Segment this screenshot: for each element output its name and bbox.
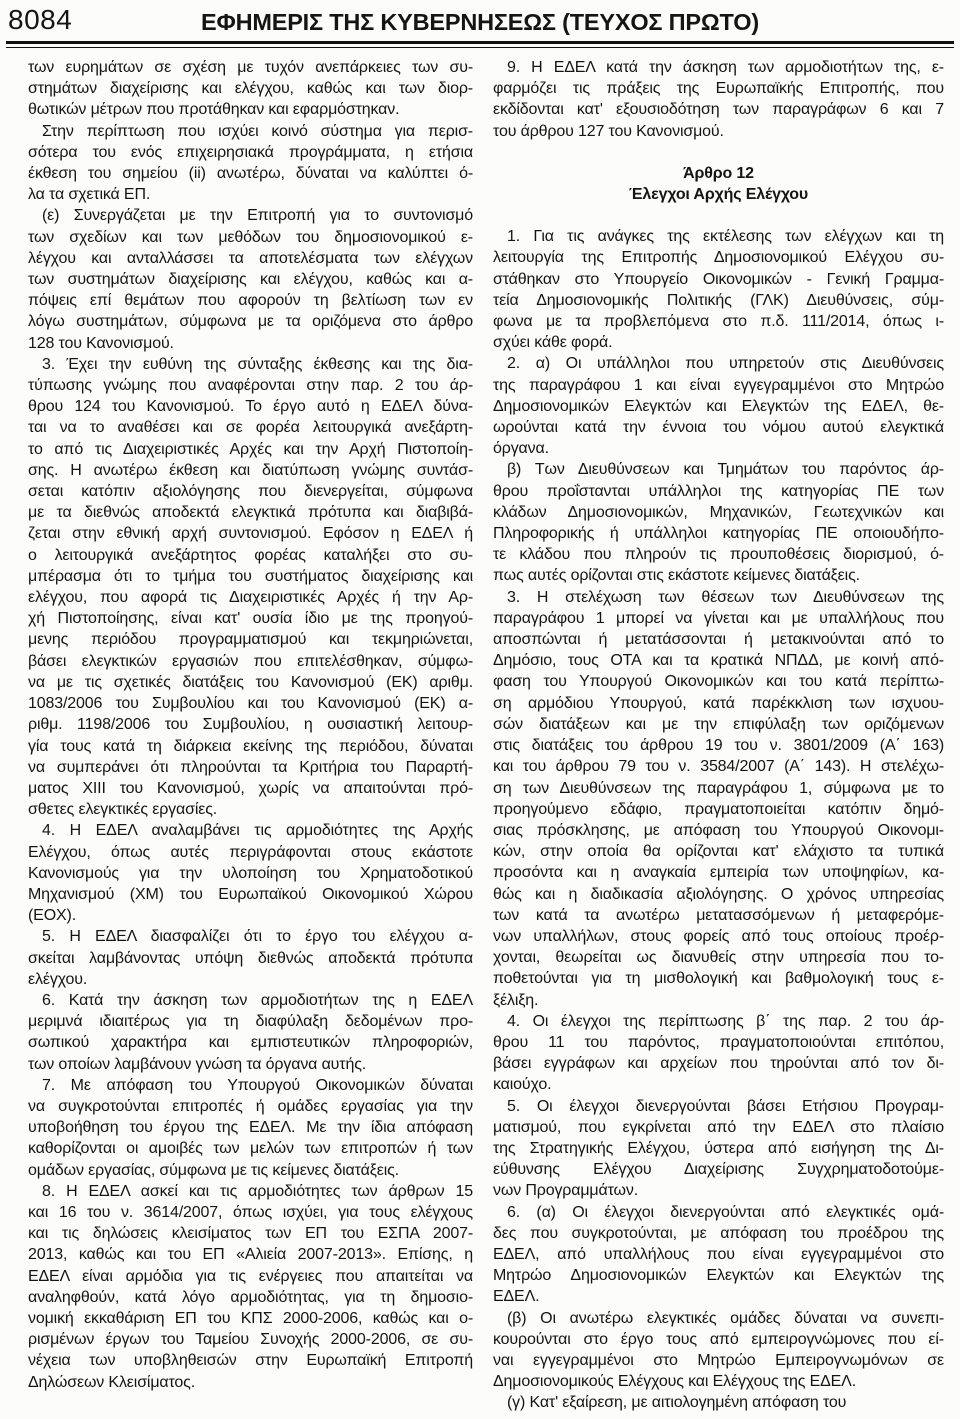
text-line: 4. Η ΕΔΕΛ αναλαμβάνει τις αρμοδιότητες τ… bbox=[28, 820, 473, 841]
text-line: εύθυνσης Ελέγχου Διαχείρισης Συγχρηματοδ… bbox=[493, 1159, 944, 1180]
article-heading-line: Άρθρο 12 bbox=[493, 163, 944, 184]
text-line: πως αυτές ορίζονται στις εκάστοτε κείμεν… bbox=[493, 565, 944, 586]
text-line: στημάτων διαχείρισης και ελέγχου, καθώς … bbox=[28, 78, 473, 99]
text-line: μενης περιόδου προγραμματισμού και τεκμη… bbox=[28, 629, 473, 650]
text-line: ΕΔΕΛ είναι αρμόδια για τις ενέργειες που… bbox=[28, 1266, 473, 1287]
text-line: σχύει κάθε φορά. bbox=[493, 332, 944, 353]
text-line: ξέλιξη. bbox=[493, 990, 944, 1011]
text-line: και 16 του ν. 3614/2007, όπως ισχύει, γι… bbox=[28, 1202, 473, 1223]
text-line: ριθμ. 1198/2006 του Συμβουλίου, η ουσιασ… bbox=[28, 714, 473, 735]
text-line: (γ) Κατ' εξαίρεση, με αιτιολογημένη απόφ… bbox=[493, 1392, 944, 1413]
text-line: σών διατάξεων και με την επιφύλαξη των ο… bbox=[493, 714, 944, 735]
text-line: λειτουργία της Επιτροπής Δημοσιονομικού … bbox=[493, 247, 944, 268]
text-line: σιας πρόσκλησης, με απόφαση του Υπουργού… bbox=[493, 820, 944, 841]
text-line: όργανα. bbox=[493, 438, 944, 459]
text-line: ματος XIII του Κανονισμού, χωρίς να απαι… bbox=[28, 778, 473, 799]
text-line: 7. Με απόφαση του Υπουργού Οικονομικών δ… bbox=[28, 1075, 473, 1096]
text-line: νέχεια των υποβληθεισών στην Ευρωπαϊκή Ε… bbox=[28, 1350, 473, 1371]
text-line: λα τα σχετικά ΕΠ. bbox=[28, 184, 473, 205]
paragraph: 6. Κατά την άσκηση των αρμοδιοτήτων της … bbox=[28, 990, 473, 1075]
text-line: φωνα με τα προβλεπόμενα στο π.δ. 111/201… bbox=[493, 311, 944, 332]
text-line: σθετες ελεγκτικές εργασίες. bbox=[28, 799, 473, 820]
text-line: θωτικών μέτρων που προτάθηκαν και εφαρμό… bbox=[28, 99, 473, 120]
text-line: στάθηκαν στο Υπουργείο Οικονομικών - Γεν… bbox=[493, 269, 944, 290]
text-line: καθορίζονται οι αμοιβές των μελών των επ… bbox=[28, 1138, 473, 1159]
text-line: 2013, καθώς και του ΕΠ «Αλιεία 2007-2013… bbox=[28, 1244, 473, 1265]
text-line: νομική εκκαθάριση ΕΠ του ΚΠΣ 2000-2006, … bbox=[28, 1308, 473, 1329]
text-line: Δημόσιο, τους ΟΤΑ και τα κρατικά ΝΠΔΔ, μ… bbox=[493, 650, 944, 671]
paragraph: 7. Με απόφαση του Υπουργού Οικονομικών δ… bbox=[28, 1075, 473, 1181]
text-line: των ευρημάτων σε σχέση με τυχόν ανεπάρκε… bbox=[28, 57, 473, 78]
text-line: 5. Η ΕΔΕΛ διασφαλίζει ότι το έργο του ελ… bbox=[28, 926, 473, 947]
text-line: εκδίδονται κατ' εξουσιοδότηση των παραγρ… bbox=[493, 99, 944, 120]
text-line: σκείται λαμβάνοντας υπόψη διεθνώς αποδεκ… bbox=[28, 948, 473, 969]
text-line: ναι εγγεγραμμένοι στο Μητρώο Εμπειρογνωμ… bbox=[493, 1350, 944, 1371]
text-line: 1083/2006 του Συμβουλίου και του Κανονισ… bbox=[28, 693, 473, 714]
paragraph: (β) Οι ανωτέρω ελεγκτικές ομάδες δύναται… bbox=[493, 1308, 944, 1393]
text-line: σης. Η ανωτέρω έκθεση και διατύπωση γνώμ… bbox=[28, 460, 473, 481]
column-right: 9. Η ΕΔΕΛ κατά την άσκηση των αρμοδιοτήτ… bbox=[493, 57, 944, 1414]
text-line: ΕΔΕΛ, από υπαλλήλους που είναι εγγεγραμμ… bbox=[493, 1244, 944, 1265]
text-line: 5. Οι έλεγχοι διενεργούνται βάσει Ετήσιο… bbox=[493, 1096, 944, 1117]
paragraph: 6. (α) Οι έλεγχοι διενεργούνται από ελεγ… bbox=[493, 1202, 944, 1308]
text-line: Ελέγχου, όπως αυτές περιγράφονται στους … bbox=[28, 842, 473, 863]
text-line: των κατά τα ανωτέρω μετατασσόμενων ή μετ… bbox=[493, 905, 944, 926]
text-line: 8. Η ΕΔΕΛ ασκεί και τις αρμοδιότητες των… bbox=[28, 1181, 473, 1202]
text-line: 3. Η στελέχωση των θέσεων των Διευθύνσεω… bbox=[493, 587, 944, 608]
text-line: β) Των Διευθύνσεων και Τμημάτων του παρό… bbox=[493, 459, 944, 480]
text-line: πόψεις επί θεμάτων που αφορούν τη βελτίω… bbox=[28, 290, 473, 311]
text-line: νων υπαλλήλων, στους φορείς από τους οπο… bbox=[493, 926, 944, 947]
text-line: 6. Κατά την άσκηση των αρμοδιοτήτων της … bbox=[28, 990, 473, 1011]
text-line: της παραγράφου 1 και είναι εγγεγραμμένοι… bbox=[493, 375, 944, 396]
text-line: και τις δηλώσεις κλεισίματος των ΕΠ του … bbox=[28, 1223, 473, 1244]
text-line: Δημοσιονομικών Ελεγκτών και Ελεγκτών της… bbox=[493, 396, 944, 417]
text-line: βάσει εγγράφων και αρχείων που τηρούνται… bbox=[493, 1053, 944, 1074]
text-line: ρισμένων έργων του Ταμείου Συνοχής 2000-… bbox=[28, 1329, 473, 1350]
text-line: ΕΔΕΛ. bbox=[493, 1286, 944, 1307]
text-line: να συμπεράνει ότι πληρούνται τα Κριτήρια… bbox=[28, 757, 473, 778]
article-heading: Άρθρο 12Έλεγχοι Αρχής Ελέγχου bbox=[493, 163, 944, 205]
header-double-rule bbox=[6, 41, 954, 48]
text-line: θρου προΐστανται υπάλληλοι της κατηγορία… bbox=[493, 481, 944, 502]
paragraph: 2. α) Οι υπάλληλοι που υπηρετούν στις Δι… bbox=[493, 353, 944, 459]
paragraph: (ε) Συνεργάζεται με την Επιτροπή για το … bbox=[28, 205, 473, 353]
text-line: νων Προγραμμάτων. bbox=[493, 1180, 944, 1201]
text-line: των συστημάτων διαχείρισης και ελέγχου, … bbox=[28, 269, 473, 290]
paragraph: 4. Η ΕΔΕΛ αναλαμβάνει τις αρμοδιότητες τ… bbox=[28, 820, 473, 926]
text-line: ση των Διευθύνσεων της παραγράφου 1, σύμ… bbox=[493, 778, 944, 799]
paragraph: β) Των Διευθύνσεων και Τμημάτων του παρό… bbox=[493, 459, 944, 586]
text-line: να με τις σχετικές διατάξεις του Κανονισ… bbox=[28, 672, 473, 693]
paragraph: Στην περίπτωση που ισχύει κοινό σύστημα … bbox=[28, 121, 473, 206]
text-line: ζεται στην εθνική αρχή συντονισμού. Εφόσ… bbox=[28, 523, 473, 544]
text-line: ο λειτουργικά ανεξάρτητος φορέας καταλήξ… bbox=[28, 545, 473, 566]
paragraph: 1. Για τις ανάγκες της εκτέλεσης των ελέ… bbox=[493, 226, 944, 353]
column-left: των ευρημάτων σε σχέση με τυχόν ανεπάρκε… bbox=[28, 57, 473, 1414]
text-line: Πληροφορικής ή υπάλληλοι κατηγορίας ΠΕ ο… bbox=[493, 523, 944, 544]
text-line: τε κλάδου που πληρούν τις προυποθέσεις δ… bbox=[493, 544, 944, 565]
text-line: ελέγχου. bbox=[28, 969, 473, 990]
text-line: ποθετούνται για τη μισθολογική και βαθμο… bbox=[493, 968, 944, 989]
text-line: Κανονισμούς για την υλοποίηση του Χρηματ… bbox=[28, 863, 473, 884]
paragraph: 5. Η ΕΔΕΛ διασφαλίζει ότι το έργο του ελ… bbox=[28, 926, 473, 990]
text-line: Δημοσιονομικούς Ελέγχους και Ελέγχους τη… bbox=[493, 1371, 944, 1392]
text-line: κουρούνται στο έργο τους από εμπειρογνώμ… bbox=[493, 1329, 944, 1350]
article-heading-line: Έλεγχοι Αρχής Ελέγχου bbox=[493, 184, 944, 205]
paragraph: 9. Η ΕΔΕΛ κατά την άσκηση των αρμοδιοτήτ… bbox=[493, 57, 944, 142]
paragraph: των ευρημάτων σε σχέση με τυχόν ανεπάρκε… bbox=[28, 57, 473, 121]
text-line: της Στρατηγικής Ελέγχου, ύστερα από εισή… bbox=[493, 1138, 944, 1159]
text-line: ματισμού, που εγκρίνεται από την ΕΔΕΛ στ… bbox=[493, 1117, 944, 1138]
text-line: του άρθρου 127 του Κανονισμού. bbox=[493, 121, 944, 142]
text-line: 2. α) Οι υπάλληλοι που υπηρετούν στις Δι… bbox=[493, 353, 944, 374]
text-line: σεται κατόπιν αξιολόγησης που διενεργείτ… bbox=[28, 481, 473, 502]
text-line: ται να το αναθέσει και σε φορέα λειτουργ… bbox=[28, 417, 473, 438]
text-line: Μηχανισμού (ΧΜ) του Ευρωπαϊκού Οικονομικ… bbox=[28, 884, 473, 905]
text-line: παραγράφου 1 μπορεί να γίνεται και με υπ… bbox=[493, 608, 944, 629]
text-line: των σχεδίων και των μεθόδων του δημοσιον… bbox=[28, 227, 473, 248]
header-title: ΕΦΗΜΕΡΙΣ ΤΗΣ ΚΥΒΕΡΝΗΣΕΩΣ (ΤΕΥΧΟΣ ΠΡΩΤΟ) bbox=[0, 6, 960, 36]
text-line: των οποίων λαμβάνουν γνώση τα όργανα αυτ… bbox=[28, 1054, 473, 1075]
page-number: 8084 bbox=[8, 4, 72, 36]
text-line: τεία Δημοσιονομικής Πολιτικής (ΓΛΚ) Διευ… bbox=[493, 290, 944, 311]
text-line: ση αρμόδιου Υπουργού, κατά παρέκκλιση τω… bbox=[493, 693, 944, 714]
text-line: φαση του Υπουργού Οικονομικών και του κα… bbox=[493, 671, 944, 692]
text-line: προηγούμενο εδάφιο, πραγματοποιείται κατ… bbox=[493, 799, 944, 820]
text-line: θρου 124 του Κανονισμού. Το έργο αυτό η … bbox=[28, 396, 473, 417]
text-line: κλάδων Δημοσιονομικών, Μηχανικών, Γεωτεχ… bbox=[493, 502, 944, 523]
text-line: (ΕΟΧ). bbox=[28, 905, 473, 926]
text-line: μεριμνά ιδιαιτέρως για τη διαφύλαξη δεδο… bbox=[28, 1011, 473, 1032]
text-line: βάσει ελεγκτικών εργασιών που επιτελέσθη… bbox=[28, 651, 473, 672]
paragraph: 5. Οι έλεγχοι διενεργούνται βάσει Ετήσιο… bbox=[493, 1096, 944, 1202]
text-line: υποβοήθηση του έργου της ΕΔΕΛ. Με την ίδ… bbox=[28, 1117, 473, 1138]
text-line: έκθεση του σημείου (ii) ανωτέρω, δύναται… bbox=[28, 163, 473, 184]
paragraph: 4. Οι έλεγχοι της περίπτωσης β΄ της παρ.… bbox=[493, 1011, 944, 1096]
text-line: θώς και η διαδικασία αξιολόγησης. Ο χρόν… bbox=[493, 884, 944, 905]
text-line: (β) Οι ανωτέρω ελεγκτικές ομάδες δύναται… bbox=[493, 1308, 944, 1329]
text-line: να συγκροτούνται επιτροπές ή ομάδες εργα… bbox=[28, 1096, 473, 1117]
text-line: προσόντα και η αναγκαία εμπειρία των υπο… bbox=[493, 862, 944, 883]
text-line: 1. Για τις ανάγκες της εκτέλεσης των ελέ… bbox=[493, 226, 944, 247]
page-header: 8084 ΕΦΗΜΕΡΙΣ ΤΗΣ ΚΥΒΕΡΝΗΣΕΩΣ (ΤΕΥΧΟΣ ΠΡ… bbox=[0, 0, 960, 38]
text-line: 3. Έχει την ευθύνη της σύνταξης έκθεσης … bbox=[28, 354, 473, 375]
text-line: ωρούνται κατά την έννοια του νόμου αυτού… bbox=[493, 417, 944, 438]
paragraph: 8. Η ΕΔΕΛ ασκεί και τις αρμοδιότητες των… bbox=[28, 1181, 473, 1393]
text-line: λόγω συστημάτων, σύμφωνα με τα οριζόμενα… bbox=[28, 311, 473, 332]
text-line: (ε) Συνεργάζεται με την Επιτροπή για το … bbox=[28, 205, 473, 226]
text-line: με τα διεθνώς αποδεκτά ελεγκτικά πρότυπα… bbox=[28, 502, 473, 523]
text-line: αναληφθούν, κατά λόγο αρμοδιότητας, για … bbox=[28, 1287, 473, 1308]
text-line: ομάδων εργασίας, σύμφωνα με τις κείμενες… bbox=[28, 1160, 473, 1181]
paragraph: (γ) Κατ' εξαίρεση, με αιτιολογημένη απόφ… bbox=[493, 1392, 944, 1413]
text-line: χονται, θεωρείται ως διανυθείς στην υπηρ… bbox=[493, 947, 944, 968]
text-line: τύπωσης γνώμης που αναφέρονται στην παρ.… bbox=[28, 375, 473, 396]
text-line: Δηλώσεων Κλεισίματος. bbox=[28, 1372, 473, 1393]
text-line: Μητρώο Δημοσιονομικών Ελεγκτών και Ελεγκ… bbox=[493, 1265, 944, 1286]
text-line: θρου 11 του παρόντος, πραγματοποιούνται … bbox=[493, 1032, 944, 1053]
text-line: ελέγχου, που αφορά τις Διαχειριστικές Αρ… bbox=[28, 587, 473, 608]
text-line: Στην περίπτωση που ισχύει κοινό σύστημα … bbox=[28, 121, 473, 142]
text-line: 9. Η ΕΔΕΛ κατά την άσκηση των αρμοδιοτήτ… bbox=[493, 57, 944, 78]
text-line: 4. Οι έλεγχοι της περίπτωσης β΄ της παρ.… bbox=[493, 1011, 944, 1032]
paragraph: 3. Έχει την ευθύνη της σύνταξης έκθεσης … bbox=[28, 354, 473, 820]
text-line: σότερα του ενός επιχειρησιακά προγράμματ… bbox=[28, 142, 473, 163]
text-line: αποσπώνται ή μετατάσσονται ή μετακινούντ… bbox=[493, 629, 944, 650]
text-line: δες που συγκροτούνται, με απόφαση του πρ… bbox=[493, 1223, 944, 1244]
text-line: καιούχο. bbox=[493, 1074, 944, 1095]
gazette-page: 8084 ΕΦΗΜΕΡΙΣ ΤΗΣ ΚΥΒΕΡΝΗΣΕΩΣ (ΤΕΥΧΟΣ ΠΡ… bbox=[0, 0, 960, 1419]
text-line: 128 του Κανονισμού. bbox=[28, 333, 473, 354]
text-line: το από τις Διαχειριστικές Αρχές και την … bbox=[28, 439, 473, 460]
text-line: χή Πιστοποίησης, είναι κατ' ουσία ίδιο μ… bbox=[28, 608, 473, 629]
text-columns: των ευρημάτων σε σχέση με τυχόν ανεπάρκε… bbox=[28, 57, 944, 1414]
paragraph: 3. Η στελέχωση των θέσεων των Διευθύνσεω… bbox=[493, 587, 944, 1011]
text-line: κών, στην οποία θα ορίζονται κατ' ελάχισ… bbox=[493, 841, 944, 862]
text-line: μπέρασμα ότι το τμήμα του συστήματος δια… bbox=[28, 566, 473, 587]
text-line: στις διατάξεις του άρθρου 19 του ν. 3801… bbox=[493, 735, 944, 756]
text-line: φαρμόζει τις πράξεις της Ευρωπαϊκής Επιτ… bbox=[493, 78, 944, 99]
text-line: σωπικού χαρακτήρα και εμπιστευτικών πληρ… bbox=[28, 1032, 473, 1053]
text-line: και του άρθρου 79 του ν. 3584/2007 (Α΄ 1… bbox=[493, 756, 944, 777]
text-line: λέγχου και ανταλλάσσει τα αποτελέσματα τ… bbox=[28, 248, 473, 269]
text-line: 6. (α) Οι έλεγχοι διενεργούνται από ελεγ… bbox=[493, 1202, 944, 1223]
text-line: γία τους κατά τη διάρκεια εκείνης της πε… bbox=[28, 736, 473, 757]
